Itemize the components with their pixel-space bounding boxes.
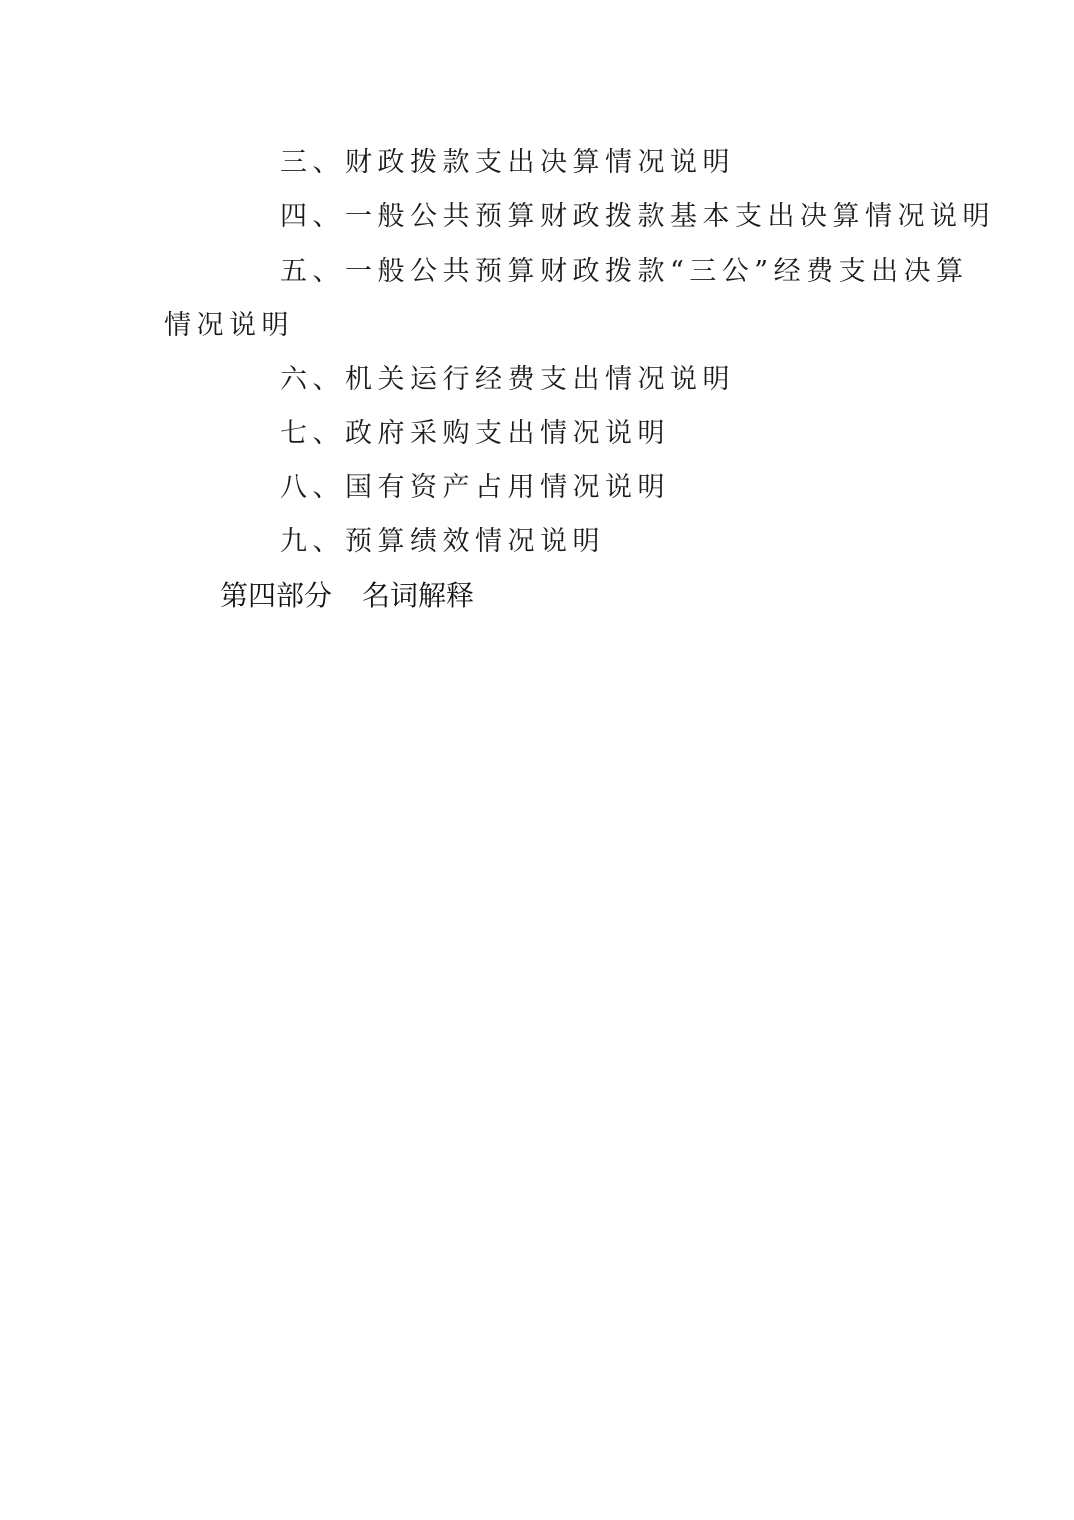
toc-item-7: 七、政府采购支出情况说明 [280, 417, 670, 451]
toc-item-5-continuation: 情况说明 [164, 309, 294, 343]
toc-item-8: 八、国有资产占用情况说明 [280, 471, 670, 505]
document-page: 三、财政拨款支出决算情况说明 四、一般公共预算财政拨款基本支出决算情况说明 五、… [0, 0, 1074, 1520]
toc-item-4: 四、一般公共预算财政拨款基本支出决算情况说明 [280, 200, 995, 234]
toc-item-5: 五、一般公共预算财政拨款“三公”经费支出决算 [280, 255, 969, 289]
section-title: 名词解释 [362, 579, 474, 612]
section-heading: 第四部分名词解释 [220, 579, 474, 613]
toc-item-6: 六、机关运行经费支出情况说明 [280, 363, 735, 397]
section-part-label: 第四部分 [220, 579, 332, 612]
toc-item-9: 九、预算绩效情况说明 [280, 525, 605, 559]
toc-item-3: 三、财政拨款支出决算情况说明 [280, 146, 735, 180]
